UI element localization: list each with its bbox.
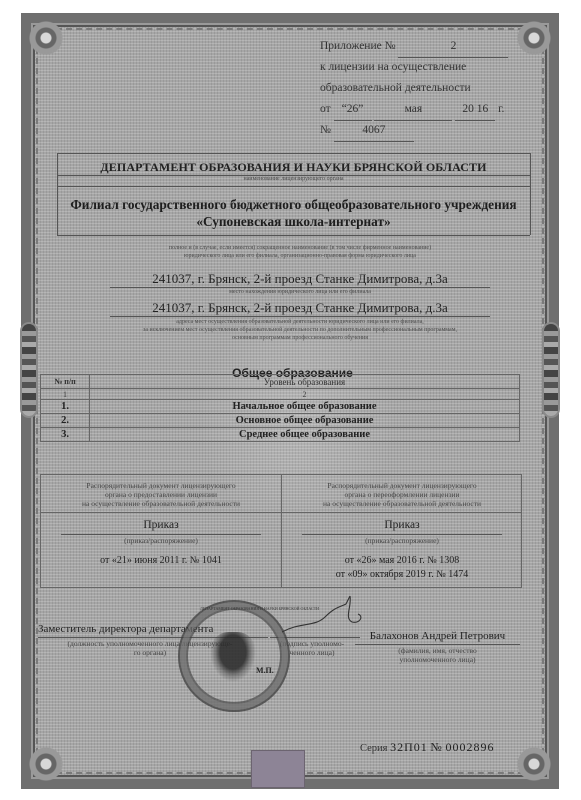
organization-caption: полное и (в случае, если имеется) сокращ…: [100, 244, 500, 260]
table-row: 2.Основное общее образование: [41, 414, 520, 428]
organization-name: Филиал государственного бюджетного общео…: [57, 196, 530, 230]
license-number-label: №: [320, 124, 331, 136]
number-value: 0002896: [446, 740, 495, 754]
row-number: 1.: [41, 400, 90, 414]
annex-label: Приложение №: [320, 40, 396, 52]
annex-day: “26”: [334, 99, 372, 121]
series-label: Серия: [360, 743, 388, 754]
series-value: 32П01: [390, 740, 428, 754]
caption-line: за исключением мест осуществления образо…: [100, 326, 500, 334]
divider: [57, 235, 530, 236]
reissue-order-kind: Приказ: [282, 519, 522, 531]
caption-line: органа о предоставлении лицензии: [41, 490, 281, 499]
divider: [282, 512, 522, 513]
orders-block: Распорядительный документ лицензирующего…: [40, 474, 522, 588]
signatory-name: Балахонов Андрей Петрович: [355, 630, 520, 642]
divider: [57, 186, 530, 187]
divider: [110, 316, 490, 317]
divider: [41, 512, 281, 513]
issue-order: Распорядительный документ лицензирующего…: [41, 475, 281, 587]
organization-name-line2: «Супоневская школа-интернат»: [57, 213, 530, 230]
caption-line: адреса мест осуществления образовательно…: [100, 318, 500, 326]
table-row: 1.Начальное общее образование: [41, 400, 520, 414]
caption-line: на осуществление образовательной деятель…: [41, 499, 281, 508]
official-seal-icon: ДЕПАРТАМЕНТ ОБРАЗОВАНИЯ И НАУКИ БРЯНСКОЙ…: [178, 600, 290, 712]
annex-date-prefix: от: [320, 103, 331, 115]
education-level: Основное общее образование: [90, 414, 520, 428]
divider: [302, 534, 502, 535]
corner-ornament-icon: [24, 16, 68, 60]
row-number: 3.: [41, 428, 90, 442]
divider: [355, 644, 520, 645]
corner-ornament-icon: [512, 742, 556, 786]
seal-text: ДЕПАРТАМЕНТ ОБРАЗОВАНИЯ И НАУКИ БРЯНСКОЙ…: [200, 606, 268, 611]
education-levels-table: № п/п Уровень образования 1 2 1.Начально…: [40, 374, 520, 442]
licensing-body-caption: наименование лицензирующего органа: [57, 176, 530, 182]
caption-line: органа о переоформлении лицензии: [282, 490, 522, 499]
handwritten-signature-icon: [280, 592, 370, 640]
reissue-order: Распорядительный документ лицензирующего…: [281, 475, 522, 587]
activity-address: 241037, г. Брянск, 2-й проезд Станке Дим…: [100, 300, 500, 316]
annex-year-suffix: г.: [498, 103, 504, 115]
caption-line: уполномоченного лица): [355, 655, 520, 664]
reissue-order-date: от «09» октября 2019 г. № 1474: [282, 569, 522, 580]
issue-order-kind-caption: (приказ/распоряжение): [41, 536, 281, 545]
activity-address-caption: адреса мест осуществления образовательно…: [100, 318, 500, 342]
signatory-name-caption: (фамилия, имя, отчество уполномоченного …: [355, 646, 520, 664]
legal-address-caption: место нахождения юридического лица или е…: [100, 288, 500, 296]
caption-line: (фамилия, имя, отчество: [355, 646, 520, 655]
divider: [57, 153, 530, 154]
column-header-number: № п/п: [41, 375, 90, 389]
divider: [530, 153, 531, 235]
issue-order-kind: Приказ: [41, 519, 281, 531]
corner-ornament-icon: [24, 742, 68, 786]
caption-line: Распорядительный документ лицензирующего: [282, 481, 522, 490]
annex-number: 2: [398, 36, 508, 58]
table-row: 3.Среднее общее образование: [41, 428, 520, 442]
side-ornament-icon: [544, 324, 558, 416]
license-number: 4067: [334, 120, 414, 142]
number-label: №: [430, 740, 442, 754]
issue-order-date: от «21» июня 2011 г. № 1041: [41, 555, 281, 566]
education-level: Начальное общее образование: [90, 400, 520, 414]
legal-address: 241037, г. Брянск, 2-й проезд Станке Дим…: [100, 271, 500, 287]
seal-mark: М.П.: [256, 666, 274, 675]
divider: [61, 534, 261, 535]
hologram-sticker-icon: [251, 750, 305, 788]
caption-line: Распорядительный документ лицензирующего: [41, 481, 281, 490]
caption-line: полное и (в случае, если имеется) сокращ…: [100, 244, 500, 252]
side-ornament-icon: [22, 324, 36, 416]
licensing-body-name: ДЕПАРТАМЕНТ ОБРАЗОВАНИЯ И НАУКИ БРЯНСКОЙ…: [57, 160, 530, 175]
reissue-order-date: от «26» мая 2016 г. № 1308: [282, 555, 522, 566]
organization-name-line1: Филиал государственного бюджетного общео…: [57, 196, 530, 213]
caption-line: на осуществление образовательной деятель…: [282, 499, 522, 508]
caption-line: основным программам профессионального об…: [100, 334, 500, 342]
caption-line: юридического лица или его филиала, орган…: [100, 252, 500, 260]
reissue-order-kind-caption: (приказ/распоряжение): [282, 536, 522, 545]
column-index-level: 2: [90, 389, 520, 400]
annex-header: Приложение № 2 к лицензии на осуществлен…: [320, 36, 520, 141]
annex-line1: к лицензии на осуществление: [320, 57, 520, 78]
annex-line2: образовательной деятельности: [320, 78, 520, 99]
education-level: Среднее общее образование: [90, 428, 520, 442]
column-index-number: 1: [41, 389, 90, 400]
form-series: Серия 32П01 № 0002896: [360, 740, 495, 755]
column-header-level: Уровень образования: [90, 375, 520, 389]
reissue-order-caption: Распорядительный документ лицензирующего…: [282, 481, 522, 508]
row-number: 2.: [41, 414, 90, 428]
issue-order-caption: Распорядительный документ лицензирующего…: [41, 481, 281, 508]
annex-year: 20 16: [455, 99, 495, 121]
annex-month: мая: [374, 99, 452, 121]
double-headed-eagle-icon: [210, 632, 256, 682]
